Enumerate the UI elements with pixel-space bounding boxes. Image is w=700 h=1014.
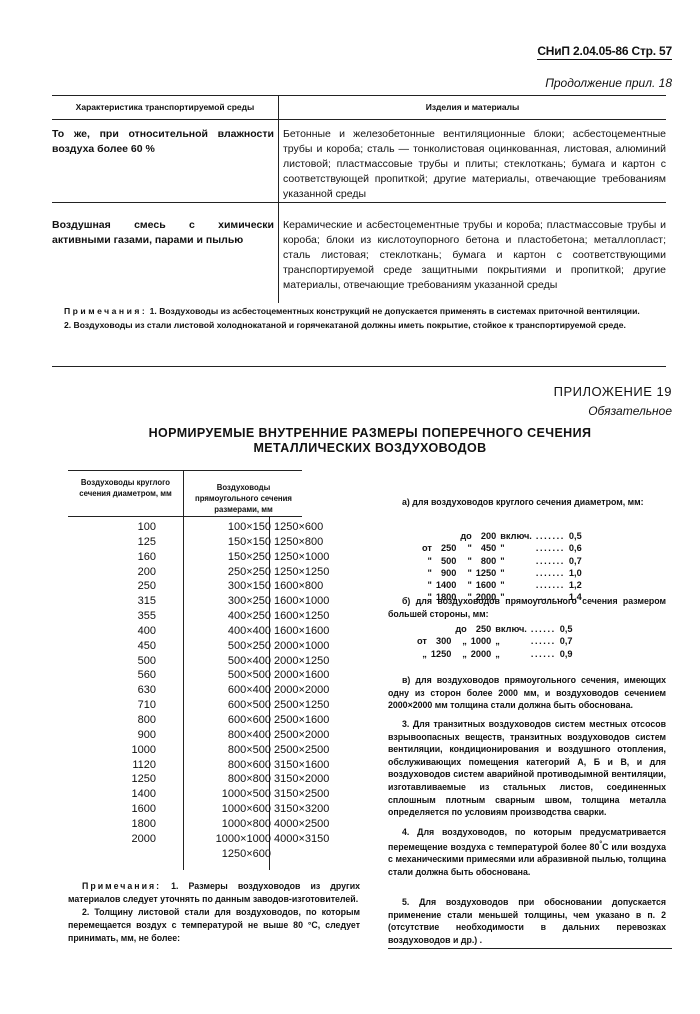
table-cell: 1600 bbox=[68, 802, 156, 817]
thickness-cell: включ. bbox=[498, 530, 534, 542]
item-c: в) для воздуховодов прямоугольного сечен… bbox=[388, 674, 666, 712]
table-cell: 1250 bbox=[68, 772, 156, 787]
table-cell: 400 bbox=[68, 624, 156, 639]
table-cell: 500×400 bbox=[186, 654, 271, 669]
item-b-text: б) для воздуховодов прямоугольного сечен… bbox=[388, 595, 666, 620]
title-line: НОРМИРУЕМЫЕ ВНУТРЕННИЕ РАЗМЕРЫ ПОПЕРЕЧНО… bbox=[100, 426, 640, 441]
table-cell: 800×600 bbox=[186, 758, 271, 773]
thickness-round-table: до200включ........0,5от250"450".......0,… bbox=[420, 530, 584, 604]
thickness-cell: от bbox=[420, 542, 434, 554]
note-5: 5. Для воздуховодов при обосновании допу… bbox=[388, 896, 666, 946]
thickness-cell: ....... bbox=[534, 530, 567, 542]
table-cell: 2000×1600 bbox=[274, 668, 364, 683]
column-header: Изделия и материалы bbox=[279, 102, 666, 112]
appendix18-notes: Примечания: 1. Воздуховоды из асбестоцем… bbox=[52, 305, 666, 332]
thickness-row: "900"1250".......1,0 bbox=[420, 567, 584, 579]
table-cell: 315 bbox=[68, 594, 156, 609]
note-5-text: 5. Для воздуховодов при обосновании допу… bbox=[388, 896, 666, 946]
table-cell: 200 bbox=[68, 565, 156, 580]
table-cell: 2500×1600 bbox=[274, 713, 364, 728]
table-divider bbox=[278, 95, 279, 303]
thickness-cell bbox=[434, 530, 458, 542]
thickness-cell: ....... bbox=[534, 567, 567, 579]
thickness-cell: " bbox=[498, 579, 534, 591]
table-cell: 1250×600 bbox=[186, 847, 271, 862]
table-cell-medium: То же, при относительной влажности возду… bbox=[52, 127, 274, 157]
table-cell: 2000×1250 bbox=[274, 654, 364, 669]
table-cell: 1000×800 bbox=[186, 817, 271, 832]
table-cell: 500×500 bbox=[186, 668, 271, 683]
note: 2. Воздуховоды из стали листовой холодно… bbox=[52, 319, 666, 333]
table-cell: 1250×600 bbox=[274, 520, 364, 535]
table-rule bbox=[68, 516, 302, 517]
appendix-title: НОРМИРУЕМЫЕ ВНУТРЕННИЕ РАЗМЕРЫ ПОПЕРЕЧНО… bbox=[100, 426, 640, 456]
thickness-cell: 0,7 bbox=[567, 555, 584, 567]
table-cell: 800×500 bbox=[186, 743, 271, 758]
item-b: б) для воздуховодов прямоугольного сечен… bbox=[388, 595, 666, 620]
table-cell-materials: Бетонные и железобетонные вентиляционные… bbox=[283, 127, 666, 202]
table-cell: 1250×800 bbox=[274, 535, 364, 550]
table-cell: 100 bbox=[68, 520, 156, 535]
thickness-cell: 2000 bbox=[469, 648, 493, 660]
table-cell: 1400 bbox=[68, 787, 156, 802]
thickness-cell: „ bbox=[493, 648, 529, 660]
title-line: МЕТАЛЛИЧЕСКИХ ВОЗДУХОВОДОВ bbox=[100, 441, 640, 456]
thickness-cell: 250 bbox=[434, 542, 458, 554]
thickness-cell: 0,7 bbox=[558, 635, 575, 647]
item-a-text: а) для воздуховодов круглого сечения диа… bbox=[388, 496, 666, 509]
table-cell-materials: Керамические и асбестоцементные трубы и … bbox=[283, 218, 666, 293]
table-cell: 250 bbox=[68, 579, 156, 594]
thickness-cell: „ bbox=[415, 648, 429, 660]
table-cell: 1600×800 bbox=[274, 579, 364, 594]
thickness-table: до200включ........0,5от250"450".......0,… bbox=[420, 530, 584, 604]
table-rule bbox=[52, 119, 666, 120]
thickness-cell: ...... bbox=[529, 648, 558, 660]
table-cell: 1250×1000 bbox=[274, 550, 364, 565]
thickness-row: до200включ........0,5 bbox=[420, 530, 584, 542]
table-cell: 3150×2500 bbox=[274, 787, 364, 802]
table-rule bbox=[52, 202, 666, 203]
thickness-row: от300„1000„......0,7 bbox=[415, 635, 575, 647]
table-cell: 355 bbox=[68, 609, 156, 624]
table-rule bbox=[52, 95, 666, 96]
thickness-cell: " bbox=[458, 555, 473, 567]
table-cell: 160 bbox=[68, 550, 156, 565]
thickness-cell: ...... bbox=[529, 635, 558, 647]
thickness-row: до250включ.......0,5 bbox=[415, 623, 575, 635]
continuation-label: Продолжение прил. 18 bbox=[545, 76, 672, 90]
table-cell: 150×150 bbox=[186, 535, 271, 550]
note-3: 3. Для транзитных воздуховодов систем ме… bbox=[388, 718, 666, 819]
table-cell: 450 bbox=[68, 639, 156, 654]
table-cell: 2000×1000 bbox=[274, 639, 364, 654]
column-header: Характеристика транспортируемой среды bbox=[52, 102, 278, 112]
table-cell: 500×250 bbox=[186, 639, 271, 654]
section-divider bbox=[388, 948, 672, 949]
thickness-cell: „ bbox=[453, 648, 468, 660]
table-cell: 800×400 bbox=[186, 728, 271, 743]
thickness-cell: 0,6 bbox=[567, 542, 584, 554]
table-cell: 500 bbox=[68, 654, 156, 669]
table-cell: 1000×500 bbox=[186, 787, 271, 802]
thickness-cell: " bbox=[420, 579, 434, 591]
section-divider bbox=[52, 366, 666, 367]
table-cell: 3150×2000 bbox=[274, 772, 364, 787]
rect-sizes-column-b: 1250×6001250×8001250×10001250×12501600×8… bbox=[274, 520, 364, 847]
table-cell: 300×250 bbox=[186, 594, 271, 609]
thickness-row: "1400"1600".......1,2 bbox=[420, 579, 584, 591]
table-cell: 125 bbox=[68, 535, 156, 550]
table-cell: 1000×1000 bbox=[186, 832, 271, 847]
note: 1. Воздуховоды из асбестоцементных конст… bbox=[150, 306, 640, 316]
appendix19-notes-left: Примечания: 1. Размеры воздуховодов из д… bbox=[68, 880, 360, 945]
table-cell: 600×400 bbox=[186, 683, 271, 698]
note-3-text: 3. Для транзитных воздуховодов систем ме… bbox=[388, 718, 666, 819]
table-cell: 400×400 bbox=[186, 624, 271, 639]
table-cell: 710 bbox=[68, 698, 156, 713]
thickness-cell: " bbox=[420, 567, 434, 579]
table-cell: 800×800 bbox=[186, 772, 271, 787]
thickness-row: „1250„2000„......0,9 bbox=[415, 648, 575, 660]
thickness-cell: " bbox=[458, 542, 473, 554]
thickness-cell: " bbox=[420, 555, 434, 567]
thickness-cell: 0,5 bbox=[567, 530, 584, 542]
table-cell: 2500×2000 bbox=[274, 728, 364, 743]
thickness-row: от250"450".......0,6 bbox=[420, 542, 584, 554]
thickness-rect-table: до250включ.......0,5от300„1000„......0,7… bbox=[415, 623, 575, 660]
thickness-cell: „ bbox=[453, 635, 468, 647]
thickness-table: до250включ.......0,5от300„1000„......0,7… bbox=[415, 623, 575, 660]
table-cell: 150×250 bbox=[186, 550, 271, 565]
thickness-cell: 1250 bbox=[429, 648, 453, 660]
thickness-cell: до bbox=[453, 623, 468, 635]
table-cell: 1600×1250 bbox=[274, 609, 364, 624]
thickness-cell: " bbox=[498, 542, 534, 554]
column-header-rect: Воздуховоды прямоугольного сечения разме… bbox=[185, 482, 302, 515]
table-cell: 1120 bbox=[68, 758, 156, 773]
thickness-cell: ....... bbox=[534, 579, 567, 591]
table-cell: 800 bbox=[68, 713, 156, 728]
thickness-cell: 1000 bbox=[469, 635, 493, 647]
thickness-cell: ....... bbox=[534, 542, 567, 554]
thickness-cell: " bbox=[458, 579, 473, 591]
thickness-cell: 200 bbox=[474, 530, 498, 542]
table-cell: 1000×600 bbox=[186, 802, 271, 817]
thickness-cell: 900 bbox=[434, 567, 458, 579]
thickness-cell: 0,9 bbox=[558, 648, 575, 660]
thickness-cell: ....... bbox=[534, 555, 567, 567]
table-cell: 1800 bbox=[68, 817, 156, 832]
thickness-cell: " bbox=[458, 567, 473, 579]
thickness-cell: „ bbox=[493, 635, 529, 647]
thickness-cell: " bbox=[498, 567, 534, 579]
thickness-cell: 450 bbox=[474, 542, 498, 554]
thickness-cell: включ. bbox=[493, 623, 529, 635]
round-diameters-column: 1001251602002503153554004505005606307108… bbox=[68, 520, 156, 847]
table-cell: 4000×3150 bbox=[274, 832, 364, 847]
table-cell: 630 bbox=[68, 683, 156, 698]
thickness-row: "500"800".......0,7 bbox=[420, 555, 584, 567]
appendix-label: ПРИЛОЖЕНИЕ 19 bbox=[554, 384, 672, 399]
notes-label: Примечания: bbox=[64, 306, 147, 316]
table-cell: 3150×3200 bbox=[274, 802, 364, 817]
thickness-cell bbox=[420, 530, 434, 542]
table-cell: 600×600 bbox=[186, 713, 271, 728]
table-cell: 300×150 bbox=[186, 579, 271, 594]
thickness-cell: 500 bbox=[434, 555, 458, 567]
table-cell: 1000 bbox=[68, 743, 156, 758]
table-cell: 900 bbox=[68, 728, 156, 743]
appendix-status: Обязательное bbox=[588, 404, 672, 418]
table-cell: 1250×1250 bbox=[274, 565, 364, 580]
thickness-cell: от bbox=[415, 635, 429, 647]
thickness-cell: 1400 bbox=[434, 579, 458, 591]
table-divider bbox=[183, 470, 184, 870]
table-cell: 3150×1600 bbox=[274, 758, 364, 773]
rect-sizes-column-a: 100×150150×150150×250250×250300×150300×2… bbox=[186, 520, 271, 861]
table-cell: 400×250 bbox=[186, 609, 271, 624]
thickness-cell: до bbox=[458, 530, 473, 542]
thickness-cell: ...... bbox=[529, 623, 558, 635]
appendix18-table: Характеристика транспортируемой среды Из… bbox=[52, 95, 666, 305]
duct-sizes-table: Воздуховоды круглого сечения диаметром, … bbox=[68, 470, 302, 870]
thickness-cell: 1250 bbox=[474, 567, 498, 579]
table-cell: 250×250 bbox=[186, 565, 271, 580]
table-cell: 560 bbox=[68, 668, 156, 683]
thickness-cell: 800 bbox=[474, 555, 498, 567]
thickness-cell bbox=[429, 623, 453, 635]
thickness-cell: " bbox=[498, 555, 534, 567]
thickness-cell: 1,0 bbox=[567, 567, 584, 579]
notes-label: Примечания: bbox=[82, 881, 161, 891]
table-cell: 2000×2000 bbox=[274, 683, 364, 698]
table-cell: 2500×1250 bbox=[274, 698, 364, 713]
table-cell: 2500×2500 bbox=[274, 743, 364, 758]
item-c-text: в) для воздуховодов прямоугольного сечен… bbox=[388, 674, 666, 712]
thickness-cell bbox=[415, 623, 429, 635]
table-rule bbox=[68, 470, 302, 471]
table-cell: 4000×2500 bbox=[274, 817, 364, 832]
thickness-cell: 1,2 bbox=[567, 579, 584, 591]
table-cell: 1600×1000 bbox=[274, 594, 364, 609]
note: 2. Толщину листовой стали для воздуховод… bbox=[68, 906, 360, 945]
table-cell-medium: Воздушная смесь с химически активными га… bbox=[52, 218, 274, 248]
thickness-cell: 0,5 bbox=[558, 623, 575, 635]
table-cell: 1600×1600 bbox=[274, 624, 364, 639]
table-cell: 100×150 bbox=[186, 520, 271, 535]
table-cell: 2000 bbox=[68, 832, 156, 847]
note-4: 4. Для воздуховодов, по которым предусма… bbox=[388, 826, 666, 878]
thickness-cell: 300 bbox=[429, 635, 453, 647]
thickness-cell: 250 bbox=[469, 623, 493, 635]
table-cell: 600×500 bbox=[186, 698, 271, 713]
item-a: а) для воздуховодов круглого сечения диа… bbox=[388, 496, 666, 509]
column-header-round: Воздуховоды круглого сечения диаметром, … bbox=[68, 477, 183, 499]
page-reference: СНиП 2.04.05-86 Стр. 57 bbox=[537, 44, 672, 60]
thickness-cell: 1600 bbox=[474, 579, 498, 591]
